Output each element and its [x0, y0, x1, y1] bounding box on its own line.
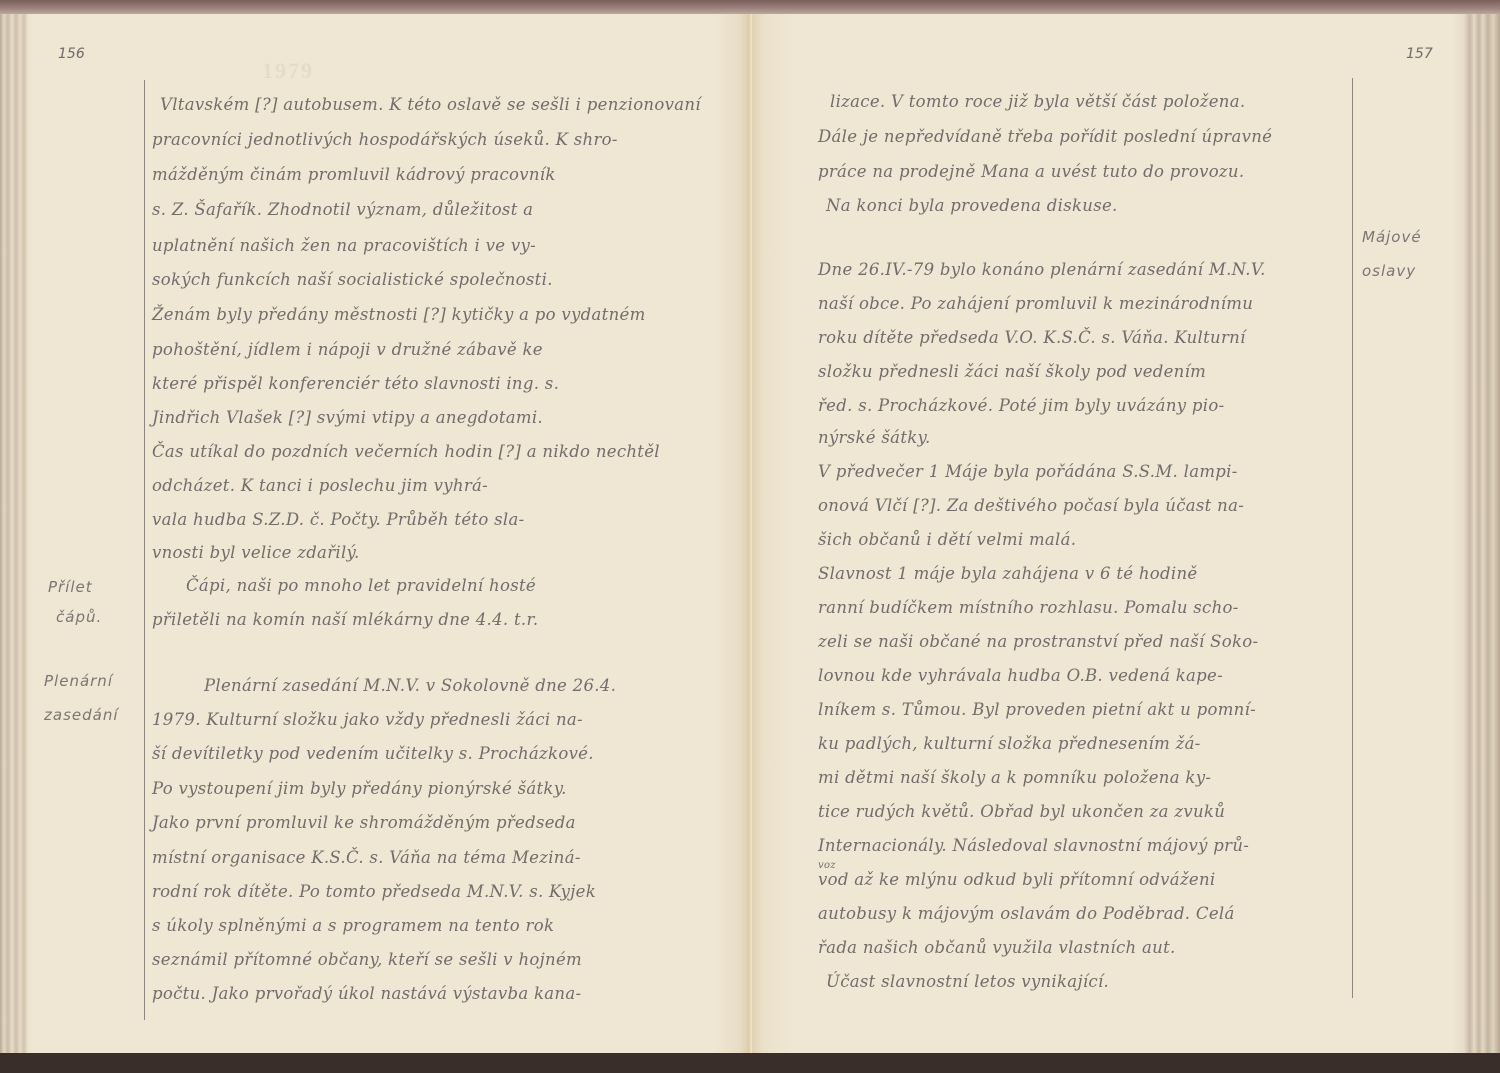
text-line: Slavnost 1 máje byla zahájena v 6 té hod…	[818, 564, 1197, 583]
text-line: seznámil přítomné občany, kteří se sešli…	[152, 950, 582, 969]
text-line: 1979. Kulturní složku jako vždy přednesl…	[152, 710, 583, 729]
text-line: s. Z. Šafařík. Zhodnotil význam, důležit…	[152, 200, 533, 219]
text-line: řed. s. Procházkové. Poté jim byly uvázá…	[818, 396, 1224, 415]
text-line: Dne 26.IV.-79 bylo konáno plenární zased…	[818, 260, 1266, 279]
text-line: Ženám byly předány městnosti [?] kytičky…	[152, 305, 646, 324]
text-line: lníkem s. Tůmou. Byl proveden pietní akt…	[818, 700, 1256, 719]
text-line: Účast slavnostní letos vynikající.	[826, 972, 1109, 991]
text-line: s úkoly splněnými a s programem na tento…	[152, 916, 554, 935]
text-line: uplatnění našich žen na pracovištích i v…	[152, 236, 536, 255]
text-line: lizace. V tomto roce již byla větší část…	[830, 92, 1245, 111]
margin-note-zasedani: zasedání	[44, 706, 119, 724]
text-line: ku padlých, kulturní složka přednesením …	[818, 734, 1201, 753]
text-line: Čápi, naši po mnoho let pravidelní hosté	[186, 576, 536, 595]
text-line: místní organisace K.S.Č. s. Váňa na téma…	[152, 848, 581, 867]
text-line: Dále je nepředvídaně třeba pořídit posle…	[818, 127, 1272, 146]
page-number-right: 157	[1406, 46, 1433, 62]
text-line: složku přednesli žáci naší školy pod ved…	[818, 362, 1206, 381]
text-line: naší obce. Po zahájení promluvil k mezin…	[818, 294, 1253, 313]
text-line: Plenární zasedání M.N.V. v Sokolovně dne…	[204, 676, 616, 695]
text-line: mážděným činám promluvil kádrový pracovn…	[152, 165, 556, 184]
text-line: Jako první promluvil ke shromážděným pře…	[152, 813, 576, 832]
text-line: Čas utíkal do pozdních večerních hodin […	[152, 442, 660, 461]
margin-rule-right	[1352, 78, 1353, 998]
text-line: Vltavském [?] autobusem. K této oslavě s…	[160, 95, 701, 114]
text-line: zeli se naši občané na prostranství před…	[818, 632, 1258, 651]
text-line: Internacionály. Následoval slavnostní má…	[818, 836, 1249, 855]
text-line: ranní budíčkem místního rozhlasu. Pomalu…	[818, 598, 1239, 617]
text-line: přiletěli na komín naší mlékárny dne 4.4…	[152, 610, 538, 629]
book-bottom-edge	[0, 1053, 1500, 1073]
margin-note-prilet: Přílet	[48, 578, 93, 596]
text-line: rodní rok dítěte. Po tomto předseda M.N.…	[152, 882, 596, 901]
faded-year-heading: 1979	[262, 58, 314, 84]
margin-note-capu: čápů.	[56, 608, 102, 626]
margin-rule-left	[144, 80, 145, 1020]
text-line: Na konci byla provedena diskuse.	[826, 196, 1118, 215]
text-line: onová Vlčí [?]. Za deštivého počasí byla…	[818, 496, 1244, 515]
text-line: V předvečer 1 Máje byla pořádána S.S.M. …	[818, 462, 1238, 481]
text-line: pohoštění, jídlem i nápoji v družné zába…	[152, 340, 543, 359]
text-line: lovnou kde vyhrávala hudba O.B. vedená k…	[818, 666, 1223, 685]
text-line: roku dítěte předseda V.O. K.S.Č. s. Váňa…	[818, 328, 1246, 347]
text-line: odcházet. K tanci i poslechu jim vyhrá-	[152, 476, 488, 495]
text-line: autobusy k májovým oslavám do Poděbrad. …	[818, 904, 1235, 923]
text-line: vod až ke mlýnu odkud byli přítomní odvá…	[818, 870, 1216, 889]
text-line: řada našich občanů využila vlastních aut…	[818, 938, 1176, 957]
text-line: tice rudých květů. Obřad byl ukončen za …	[818, 802, 1225, 821]
margin-note-plenarni: Plenární	[44, 672, 113, 690]
text-line: které přispěl konferenciér této slavnost…	[152, 374, 559, 393]
text-line: pracovníci jednotlivých hospodářských ús…	[152, 130, 618, 149]
text-line: nýrské šátky.	[818, 428, 931, 447]
text-line: počtu. Jako prvořadý úkol nastává výstav…	[152, 984, 581, 1003]
text-line: mi dětmi naší školy a k pomníku položena…	[818, 768, 1211, 787]
text-line: šich občanů i dětí velmi malá.	[818, 530, 1076, 549]
margin-note-majove: Májové	[1362, 228, 1422, 246]
text-line: vnosti byl velice zdařilý.	[152, 543, 360, 562]
text-line: Jindřich Vlašek [?] svými vtipy a anegdo…	[152, 408, 543, 427]
margin-note-oslavy: oslavy	[1362, 262, 1416, 280]
text-line: sokých funkcích naší socialistické spole…	[152, 270, 553, 289]
text-line: vala hudba S.Z.D. č. Počty. Průběh této …	[152, 510, 524, 529]
text-line: ší devítiletky pod vedením učitelky s. P…	[152, 744, 594, 763]
page-number-left: 156	[58, 46, 85, 62]
text-line: Po vystoupení jim byly předány pionýrské…	[152, 779, 567, 798]
text-line: práce na prodejně Mana a uvést tuto do p…	[818, 162, 1244, 181]
